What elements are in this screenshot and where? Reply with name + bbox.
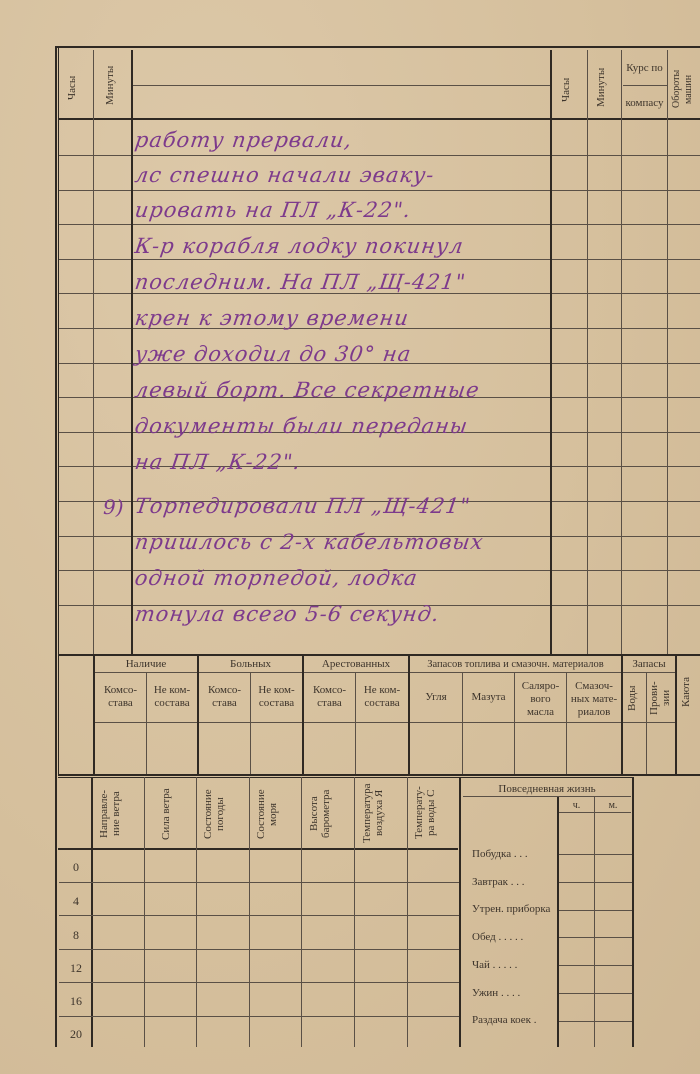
col-label-cabin: Каюта (680, 664, 698, 720)
row-line (559, 993, 632, 994)
group-label-sick: Больных (199, 658, 302, 671)
col-minutes: м. (595, 799, 631, 812)
header-hours-right: Часы (560, 65, 580, 115)
row-line (552, 605, 700, 606)
col-divider (93, 656, 95, 774)
col-label-coal: Угля (410, 691, 462, 704)
row-line (133, 259, 550, 260)
col-divider (462, 673, 463, 774)
header-course-bottom: компасу (622, 97, 667, 110)
row-line (59, 466, 131, 467)
hm-underline (559, 812, 631, 813)
row-line (59, 570, 131, 571)
row-hour-20: 20 (58, 1027, 94, 1042)
row-line (133, 155, 550, 156)
table-border-top (55, 46, 700, 48)
row-line (559, 937, 632, 938)
row-line (59, 536, 131, 537)
header-divider (58, 848, 458, 850)
row-line (552, 397, 700, 398)
group-label-fuel: Запасов топлива и смазочн. материалов (410, 658, 621, 671)
col-divider (354, 777, 355, 1047)
row-line (559, 1021, 632, 1022)
course-subdivider (623, 85, 667, 86)
row-hour-4: 4 (58, 894, 94, 909)
col-label-solar-oil: Саляро- вого масла (515, 680, 566, 719)
row-line (559, 910, 632, 911)
header-minutes: Минуты (104, 55, 124, 115)
col-divider (249, 777, 250, 1047)
handwritten-line: К-р корабля лодку покинул (133, 234, 546, 258)
col-label: Комсо- става (304, 684, 355, 710)
col-divider (459, 777, 461, 1047)
handwritten-line: последним. На ПЛ „Щ-421" (133, 270, 546, 294)
col-divider (301, 777, 302, 1047)
col-label: Не ком- состава (147, 684, 197, 710)
col-divider (646, 673, 647, 774)
daily-item-bunks: Раздача коек . (472, 1014, 537, 1026)
header-hours: Часы (66, 60, 86, 115)
daily-item-tea: Чай . . . . . (472, 959, 517, 971)
row-line (59, 155, 131, 156)
row-line (552, 328, 700, 329)
row-hour-12: 12 (58, 961, 94, 976)
group-underline (93, 672, 675, 673)
daily-item-supper: Ужин . . . . (472, 987, 520, 999)
row-hour-0: 0 (58, 860, 94, 875)
row-line (552, 259, 700, 260)
header-divider (58, 118, 700, 120)
col-label: Не ком- состава (356, 684, 408, 710)
header-water-temp: Температу- ра воды С (413, 780, 453, 846)
col-divider-main-left (131, 50, 133, 655)
col-divider (197, 656, 199, 774)
row-line (59, 1016, 459, 1017)
row-line (59, 982, 459, 983)
row-line (559, 882, 632, 883)
handwritten-line: тонула всего 5-6 секунд. (133, 602, 546, 626)
col-divider (621, 656, 623, 774)
row-line (59, 293, 131, 294)
row-line (552, 570, 700, 571)
col-divider (407, 777, 408, 1047)
row-line (59, 224, 131, 225)
col-label-fuel-oil: Мазута (463, 691, 514, 704)
row-line (133, 224, 550, 225)
header-minutes-right: Минуты (595, 60, 615, 115)
header-weather: Состояние погоды (202, 782, 242, 846)
col-divider (408, 656, 410, 774)
daily-item-breakfast: Завтрак . . . (472, 876, 524, 888)
header-wind-force: Сила ветра (160, 782, 182, 846)
col-divider (621, 50, 622, 655)
header-air-temp: Температура воздуха Я (361, 780, 401, 846)
col-label: Комсо- става (95, 684, 146, 710)
table-border-right (632, 777, 634, 1047)
table-divider (58, 654, 700, 656)
col-divider (196, 777, 197, 1047)
handwritten-line: документы были переданы (133, 414, 546, 438)
row-line (59, 882, 459, 883)
handwritten-line: лс спешно начали эваку- (133, 163, 546, 187)
col-label-water: Воды (626, 676, 644, 720)
row-line (552, 224, 700, 225)
daily-item-cleaning: Утрен. приборка (472, 903, 550, 915)
handwritten-line: одной торпедой, лодка (133, 566, 546, 590)
col-divider (675, 656, 677, 774)
row-line (59, 397, 131, 398)
header-course-top: Курс по (622, 62, 667, 75)
col-divider (93, 50, 94, 655)
table-border-left (55, 46, 57, 774)
col-divider (594, 797, 595, 1047)
row-line (552, 363, 700, 364)
col-divider-main-right (550, 50, 552, 655)
col-label-provisions: Прови- зии (648, 676, 674, 720)
row-line (59, 190, 131, 191)
handwritten-line: пришлось с 2-х кабельтовых (133, 530, 546, 554)
handwritten-line: ировать на ПЛ „К-22". (133, 198, 546, 222)
col-label-lubricants: Смазоч- ных мате- риалов (567, 680, 621, 719)
row-hour-16: 16 (58, 994, 94, 1009)
handwritten-line: уже доходил до 30° на (133, 342, 546, 366)
row-line (552, 190, 700, 191)
col-divider (557, 797, 559, 1047)
row-line (552, 293, 700, 294)
row-line (559, 965, 632, 966)
group-label-presence: Наличие (95, 658, 197, 671)
row-line (552, 155, 700, 156)
row-line (59, 259, 131, 260)
row-line (552, 536, 700, 537)
col-label: Комсо- става (199, 684, 250, 710)
header-subdivider (133, 85, 550, 86)
group-label-supplies: Запасы (623, 658, 675, 671)
header-barometer: Высота барометра (308, 782, 348, 846)
entry-marker: 9) (103, 495, 124, 519)
row-hour-8: 8 (58, 928, 94, 943)
row-line (59, 915, 459, 916)
table-border-left-inner (58, 48, 59, 774)
row-line (59, 328, 131, 329)
row-line (552, 501, 700, 502)
col-divider (302, 656, 304, 774)
row-line (59, 949, 459, 950)
table-border-left (55, 774, 57, 1047)
handwritten-line: Торпедировали ПЛ „Щ-421" (133, 494, 546, 518)
row-line (59, 432, 131, 433)
daily-item-lunch: Обед . . . . . (472, 931, 523, 943)
daily-life-title: Повседневная жизнь (461, 783, 633, 796)
col-label: Не ком- состава (251, 684, 302, 710)
handwritten-line: левый борт. Все секретные (133, 378, 546, 402)
header-sea-state: Состояние моря (255, 782, 295, 846)
handwritten-line: на ПЛ „К-22". (133, 450, 546, 474)
row-line (59, 605, 131, 606)
row-line (559, 854, 632, 855)
table-divider (58, 774, 700, 776)
col-divider (587, 50, 588, 655)
row-line (59, 363, 131, 364)
row-line (552, 466, 700, 467)
handwritten-line: крен к этому времени (133, 306, 546, 330)
handwritten-line: работу прервали, (133, 128, 546, 152)
header-wind-direction: Направле- ние ветра (98, 782, 138, 846)
row-line (552, 432, 700, 433)
subheader-underline (93, 722, 675, 723)
col-divider (144, 777, 145, 1047)
col-hours: ч. (559, 799, 594, 812)
col-divider (667, 50, 668, 655)
group-label-arrested: Арестованных (304, 658, 408, 671)
header-engine-rpm: Обороты машин (671, 60, 697, 118)
daily-item-reveille: Побудка . . . (472, 848, 528, 860)
row-line (133, 190, 550, 191)
title-underline (463, 796, 631, 797)
